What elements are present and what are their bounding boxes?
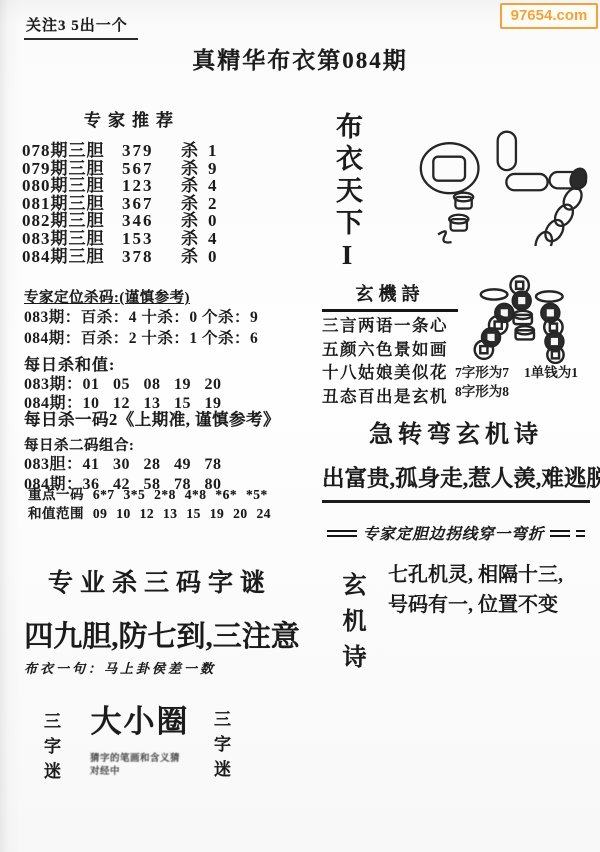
- row-number: 567: [122, 160, 172, 178]
- top-focus-note: 关注3 5出一个: [24, 14, 138, 40]
- daily-kill-sum-row: 083期：01 05 08 19 20: [24, 375, 304, 394]
- row-kill-digit: 4: [208, 230, 242, 248]
- row-kill-label: 杀: [172, 212, 208, 230]
- double-dash-decoration: [550, 530, 570, 537]
- row-number: 378: [122, 248, 172, 266]
- row-period: 079期三胆: [22, 160, 122, 178]
- three-char-riddle-word: 大小圈: [88, 696, 192, 741]
- sum-range-value: 09 10 12 13 15 19 20 24: [93, 506, 271, 521]
- row-kill-label: 杀: [172, 160, 208, 178]
- mystic-poem2-text: 七孔机灵, 相隔十三, 号码有一, 位置不变: [388, 560, 593, 620]
- daily-kill-code-section: 每日杀一码2《上期准, 谨慎参考》 每日杀二码组合: 083胆：41 30 28…: [24, 406, 314, 494]
- row-period: 084期三胆: [22, 248, 122, 266]
- double-dash-decoration: [327, 530, 357, 537]
- row-kill-digit: 9: [208, 160, 242, 178]
- doodle-caption-line: 8字形为8: [455, 382, 590, 401]
- row-period: 080期三胆: [22, 177, 122, 195]
- riddle-buyi-line: 布衣一句：马上卦侯差一数: [24, 658, 216, 677]
- sum-range-line: 和值范围 09 10 12 13 15 19 20 24: [28, 502, 271, 522]
- page-title: 真精华布衣第084期: [0, 42, 600, 75]
- table-row: 078期三胆379杀1: [22, 142, 242, 160]
- row-kill-label: 杀: [172, 230, 208, 248]
- key-code-label: 重点一码: [28, 487, 84, 502]
- daily-kill-two-subtitle: 每日杀二码组合:: [24, 434, 314, 455]
- row-period: 082期三胆: [22, 212, 122, 230]
- mystic-poem-title: 玄機詩: [322, 280, 458, 312]
- poem-line: 五颜六色景如画: [322, 338, 458, 362]
- row-period: 078期三胆: [22, 142, 122, 160]
- caption-7-shape: 7字形为7: [455, 365, 509, 380]
- row-kill-label: 杀: [172, 248, 208, 266]
- row-period: 083期三胆: [22, 230, 122, 248]
- daily-kill-sum-title: 每日杀和值:: [24, 352, 304, 375]
- table-row: 083期三胆153杀4: [22, 230, 242, 248]
- table-row: 082期三胆346杀0: [22, 212, 242, 230]
- three-char-riddle-note: 猜字的笔画和含义猜 对经中: [90, 753, 205, 778]
- buyi-picture-puzzle-doodle: [413, 124, 591, 246]
- row-number: 346: [122, 212, 172, 230]
- expert-recommend-section: 专家推荐 078期三胆379杀1 079期三胆567杀9 080期三胆123杀4…: [22, 106, 242, 265]
- mystic-poem2-title: 玄机诗: [334, 572, 369, 680]
- doodle-caption-line: 7字形为71单钱为1: [455, 363, 590, 382]
- riddle-main-line: 四九胆,防七到,三注意: [16, 614, 308, 655]
- row-kill-label: 杀: [172, 195, 208, 213]
- row-number: 123: [122, 177, 172, 195]
- row-kill-label: 杀: [172, 142, 208, 160]
- mystic-poem2-line: 七孔机灵, 相隔十三,: [388, 560, 593, 590]
- double-dash-decoration: [576, 530, 585, 537]
- sharp-turn-poem-line: 出富贵,孤身走,惹人羡,难逃脱: [322, 461, 590, 503]
- row-number: 153: [122, 230, 172, 248]
- table-row: 079期三胆567杀9: [22, 160, 242, 178]
- row-kill-label: 杀: [172, 177, 208, 195]
- three-char-riddle-label-left: 三字迷: [38, 712, 63, 787]
- table-row: 081期三胆367杀2: [22, 195, 242, 213]
- daily-kill-one-title: 每日杀一码2《上期准, 谨慎参考》: [24, 406, 314, 430]
- row-period: 081期三胆: [22, 195, 122, 213]
- poem-line: 丑态百出是玄机: [322, 385, 458, 409]
- three-char-riddle-label-right: 三字迷: [208, 710, 233, 785]
- riddle-title: 专业杀三码字谜: [20, 563, 300, 599]
- row-kill-digit: 4: [208, 177, 242, 195]
- row-kill-digit: 2: [208, 195, 242, 213]
- row-kill-digit: 0: [208, 248, 242, 266]
- buyi-tianxia-title: 布衣天下I: [328, 112, 367, 275]
- daily-kill-sum-section: 每日杀和值: 083期：01 05 08 19 20 084期：10 12 13…: [24, 352, 304, 413]
- position-kill-row: 083期：百杀：4 十杀：0 个杀：9: [24, 307, 304, 328]
- key-code-line: 重点一码 6*7 3*5 2*8 4*8 *6* *5*: [28, 483, 268, 503]
- position-kill-row: 084期：百杀：2 十杀：1 个杀：6: [24, 328, 304, 349]
- sum-range-label: 和值范围: [28, 506, 84, 521]
- riddle-note-line: 猜字的笔画和含义猜: [90, 753, 205, 766]
- coin-arrangement-doodle: [455, 274, 570, 364]
- mystic-poem2-line: 号码有一, 位置不变: [388, 590, 593, 620]
- position-kill-title: 专家定位杀码:(谨慎参考): [24, 286, 304, 307]
- expert-dan-divider: 专家定胆边拐线穿一弯折: [318, 522, 594, 544]
- row-kill-digit: 1: [208, 142, 242, 160]
- riddle-note-line: 对经中: [90, 766, 205, 779]
- daily-kill-code-row: 083胆：41 30 28 49 78: [24, 455, 314, 475]
- table-row: 080期三胆123杀4: [22, 177, 242, 195]
- doodle-caption-block: 7字形为71单钱为1 8字形为8: [455, 363, 590, 401]
- sharp-turn-poem-title: 急转弯玄机诗: [320, 414, 592, 449]
- caption-1-coin: 1单钱为1: [524, 365, 578, 380]
- row-kill-digit: 0: [208, 212, 242, 230]
- row-number: 367: [122, 195, 172, 213]
- table-row: 084期三胆378杀0: [22, 248, 242, 266]
- buyi-lottery-sheet: 关注3 5出一个 97654.com 真精华布衣第084期 专家推荐 078期三…: [0, 0, 600, 852]
- poem-line: 三言两语一条心: [322, 314, 458, 338]
- poem-line: 十八姑娘美似花: [322, 361, 458, 385]
- key-code-value: 6*7 3*5 2*8 4*8 *6* *5*: [93, 487, 268, 502]
- expert-recommend-title: 专家推荐: [22, 106, 242, 131]
- expert-dan-text: 专家定胆边拐线穿一弯折: [363, 522, 545, 544]
- site-badge[interactable]: 97654.com: [500, 3, 598, 29]
- caption-8-shape: 8字形为8: [455, 384, 509, 399]
- position-kill-section: 专家定位杀码:(谨慎参考) 083期：百杀：4 十杀：0 个杀：9 084期：百…: [24, 286, 304, 349]
- mystic-poem-section: 玄機詩 三言两语一条心 五颜六色景如画 十八姑娘美似花 丑态百出是玄机: [322, 280, 458, 408]
- row-number: 379: [122, 142, 172, 160]
